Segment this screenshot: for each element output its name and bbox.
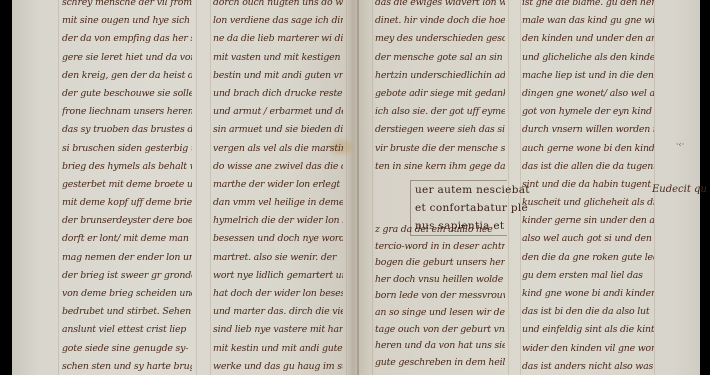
- left-page-column-b: dorch ouch nugten uns do widerlon verdie…: [213, 0, 343, 375]
- manuscript-line: mit vasten und mit kestigen: [213, 49, 343, 67]
- manuscript-line: kuscheit und glicheheit als die: [522, 194, 654, 212]
- right-page-column-c-upper: das die ewiges widvert lon wodinet. hir …: [375, 0, 505, 176]
- manuscript-line: wort nye lidlich gemartert und: [213, 267, 343, 285]
- manuscript-line: vir bruste die der mensche sal bereit: [375, 140, 505, 158]
- manuscript-line: sint und die da habin tugent die: [522, 176, 654, 194]
- manuscript-line: si bruschen siden gesterbig uff den: [62, 140, 192, 158]
- manuscript-line: der gute beschouwe sie sollen vfsen her: [62, 85, 192, 103]
- manuscript-line: und marter das. dirch die viere: [213, 303, 343, 321]
- manuscript-line: brieg des hymels als behalt wit: [62, 158, 192, 176]
- manuscript-line: und brach dich drucke reste nu: [213, 85, 343, 103]
- manuscript-line: gebote adir siege mit gedanke: [375, 85, 505, 103]
- manuscript-line: wider den kinden vil gne wone: [522, 340, 654, 358]
- manuscript-line: von deme brieg scheiden und sie: [62, 285, 192, 303]
- manuscript-line: den kreig, gen der da heist die krig: [62, 67, 192, 85]
- manuscript-line: sind lieb nye vastere mit harte: [213, 321, 343, 339]
- manuscript-line: born lede von der messvrouwe maria: [375, 288, 505, 305]
- manuscript-line: mey des underschieden geschefe/ das: [375, 30, 505, 48]
- manuscript-line: ich also sie. der got uff eyme an: [375, 103, 505, 121]
- manuscript-line: und glicheliche als den kinden sa: [522, 49, 654, 67]
- manuscript-line: gote siede sine genugde sy-: [62, 340, 192, 358]
- manuscript-line: heren und da von hat uns sie lange: [375, 338, 505, 355]
- manuscript-line: auch gerne wone bi den kinden: [522, 140, 654, 158]
- manuscript-line: kinder gerne sin under den arme: [522, 212, 654, 230]
- manuscript-line: ten in sine kern ihm gege dar: [375, 158, 505, 176]
- ruling-line: [58, 0, 59, 375]
- manuscript-line: der brunserdeyster dere boez: [62, 212, 192, 230]
- manuscript-line: ne da die lieb marterer wi dinge: [213, 30, 343, 48]
- marginal-annotation: Eudecit qu: [652, 184, 707, 195]
- manuscript-line: gu dem ersten mal liel das: [522, 267, 654, 285]
- manuscript-line: martret. also sie wenir. der: [213, 249, 343, 267]
- manuscript-line: das ist die allen die da tugenthaftig: [522, 158, 654, 176]
- ruling-line: [346, 0, 347, 375]
- manuscript-line: hymelrich die der wider lon habin: [213, 212, 343, 230]
- manuscript-line: ist gne die blame. gu den hen: [522, 0, 654, 12]
- manuscript-line: mache liep ist und in die den den: [522, 67, 654, 85]
- manuscript-line: den kinden und under den arme: [522, 30, 654, 48]
- manuscript-line: bogen die geburt unsers heren also: [375, 255, 505, 272]
- manuscript-line: der brieg ist sweer gr gronde und: [62, 267, 192, 285]
- manuscript-line: dingen gne wonet/ also wel auch: [522, 85, 654, 103]
- right-page-column-d: ist gne die blame. gu den henmale wan da…: [522, 0, 654, 375]
- manuscript-line: dan vmm vel heilige in deme: [213, 194, 343, 212]
- manuscript-line: den die da gne roken gute leerk: [522, 249, 654, 267]
- manuscript-line: mit sine ougen und hye sich sigeben: [62, 12, 192, 30]
- manuscript-line: gere sie leret hiet und da von de lou: [62, 49, 192, 67]
- manuscript-line: gute geschreben in dem heiligen: [375, 355, 505, 372]
- manuscript-line: male wan das kind gu gne wider: [522, 12, 654, 30]
- ruling-line: [210, 0, 211, 375]
- manuscript-line: der da von empfing das her sine: [62, 30, 192, 48]
- manuscript-line: marthe der wider lon erlegt ist: [213, 176, 343, 194]
- manuscript-line: tercio-word in in deser achtrate: [375, 239, 505, 256]
- manuscript-line: an so singe und lesen wir dese achtrate: [375, 305, 505, 322]
- manuscript-line: dinet. hir vinde doch die hoest er: [375, 12, 505, 30]
- manuscript-line: z gra da dei ein auillo hee: [375, 222, 505, 239]
- manuscript-line: besessen und doch nye worden ge-: [213, 230, 343, 248]
- manuscript-line: do wisse ane zwivel das die de: [213, 158, 343, 176]
- manuscript-line: werke und das gu haug im sure: [213, 358, 343, 375]
- manuscript-line: bedrubet und stirbet. Sehen wie: [62, 303, 192, 321]
- margin-mark: ·‹·: [676, 140, 684, 149]
- right-page-column-c-lower: z gra da dei ein auillo heetercio-word i…: [375, 222, 505, 371]
- latin-line: uer autem nesciebat: [411, 181, 507, 199]
- manuscript-line: das ist anders nicht also was ist: [522, 358, 654, 375]
- manuscript-line: gesterbet mit deme broete und: [62, 176, 192, 194]
- manuscript-line: schrey mensche der vil frommen: [62, 0, 192, 12]
- manuscript-line: anslunt viel ettest crist liep: [62, 321, 192, 339]
- manuscript-line: und armut / erbarmet und den: [213, 103, 343, 121]
- manuscript-line: frone liechnam unsers heren und sele: [62, 103, 192, 121]
- manuscript-line: dorft er lont/ mit deme man: [62, 230, 192, 248]
- latin-line: et confortabatur ple: [411, 199, 507, 217]
- manuscript-line: der mensche gote sal an sin insine: [375, 49, 505, 67]
- manuscript-line: schen sten und sy harte brugte: [62, 358, 192, 375]
- manuscript-line: sin armuet und sie bieden die sie: [213, 121, 343, 139]
- manuscript-line: lon verdiene das sage ich dir wo: [213, 12, 343, 30]
- manuscript-line: derstiegen weere sieh das sint die: [375, 121, 505, 139]
- manuscript-line: durch vnsern willen worden ist: [522, 121, 654, 139]
- manuscript-line: dorch ouch nugten uns do wider: [213, 0, 343, 12]
- manuscript-line: also wel auch got si und den hen: [522, 230, 654, 248]
- manuscript-line: kind gne wone bi andi kinden: [522, 285, 654, 303]
- manuscript-line: das ist bi den die da also lut: [522, 303, 654, 321]
- manuscript-line: got von hymele der eyn kind: [522, 103, 654, 121]
- ruling-line: [196, 0, 197, 375]
- manuscript-line: tage ouch von der geburt vnsers: [375, 322, 505, 339]
- manuscript-line: das die ewiges widvert lon wo: [375, 0, 505, 12]
- manuscript-line: bestin und mit andi guten vrken: [213, 67, 343, 85]
- manuscript-line: hertzin underschiedlichin adir mit: [375, 67, 505, 85]
- book-gutter: [357, 0, 359, 375]
- manuscript-line: vergen als vel als die marstir: [213, 140, 343, 158]
- manuscript-line: mit kestin und mit andi gute: [213, 340, 343, 358]
- manuscript-line: mag nemen der ender lon und: [62, 249, 192, 267]
- manuscript-line: das sy truoben das brustes der vuben: [62, 121, 192, 139]
- manuscript-line: und einfeldig sint als die kint: [522, 321, 654, 339]
- left-page-column-a: schrey mensche der vil frommenmit sine o…: [62, 0, 192, 375]
- manuscript-line: mit deme kopf uff deme brieg: [62, 194, 192, 212]
- ruling-line: [372, 0, 373, 375]
- manuscript-line: her doch vnsu heillen wolde ge-: [375, 272, 505, 289]
- manuscript-line: hat doch der wider lon besessen: [213, 285, 343, 303]
